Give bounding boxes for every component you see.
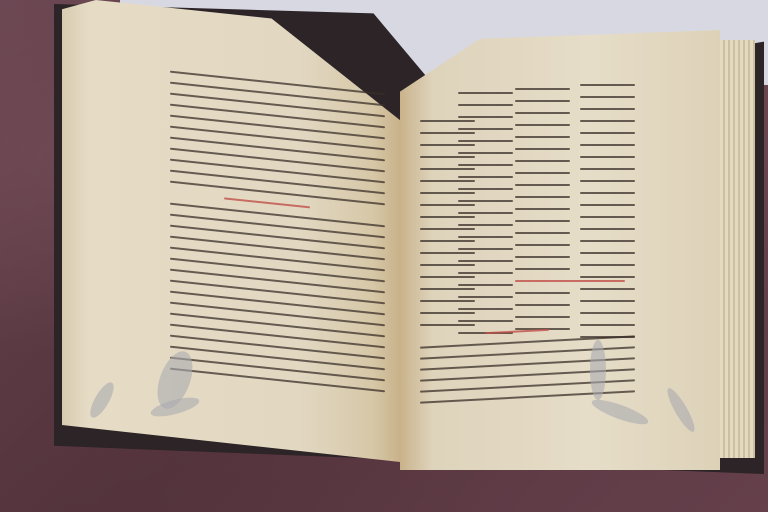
- water-stain: [590, 340, 606, 400]
- white-background-wall-right: [680, 0, 768, 30]
- scene-description: Open illuminated manuscript book with Pe…: [0, 0, 1, 1]
- left-page-text: [170, 71, 385, 402]
- right-page-column-2: [458, 92, 513, 344]
- right-page-column-4: [580, 84, 635, 348]
- photo-scene: Open illuminated manuscript book with Pe…: [0, 0, 768, 512]
- right-page-column-3: [515, 88, 570, 340]
